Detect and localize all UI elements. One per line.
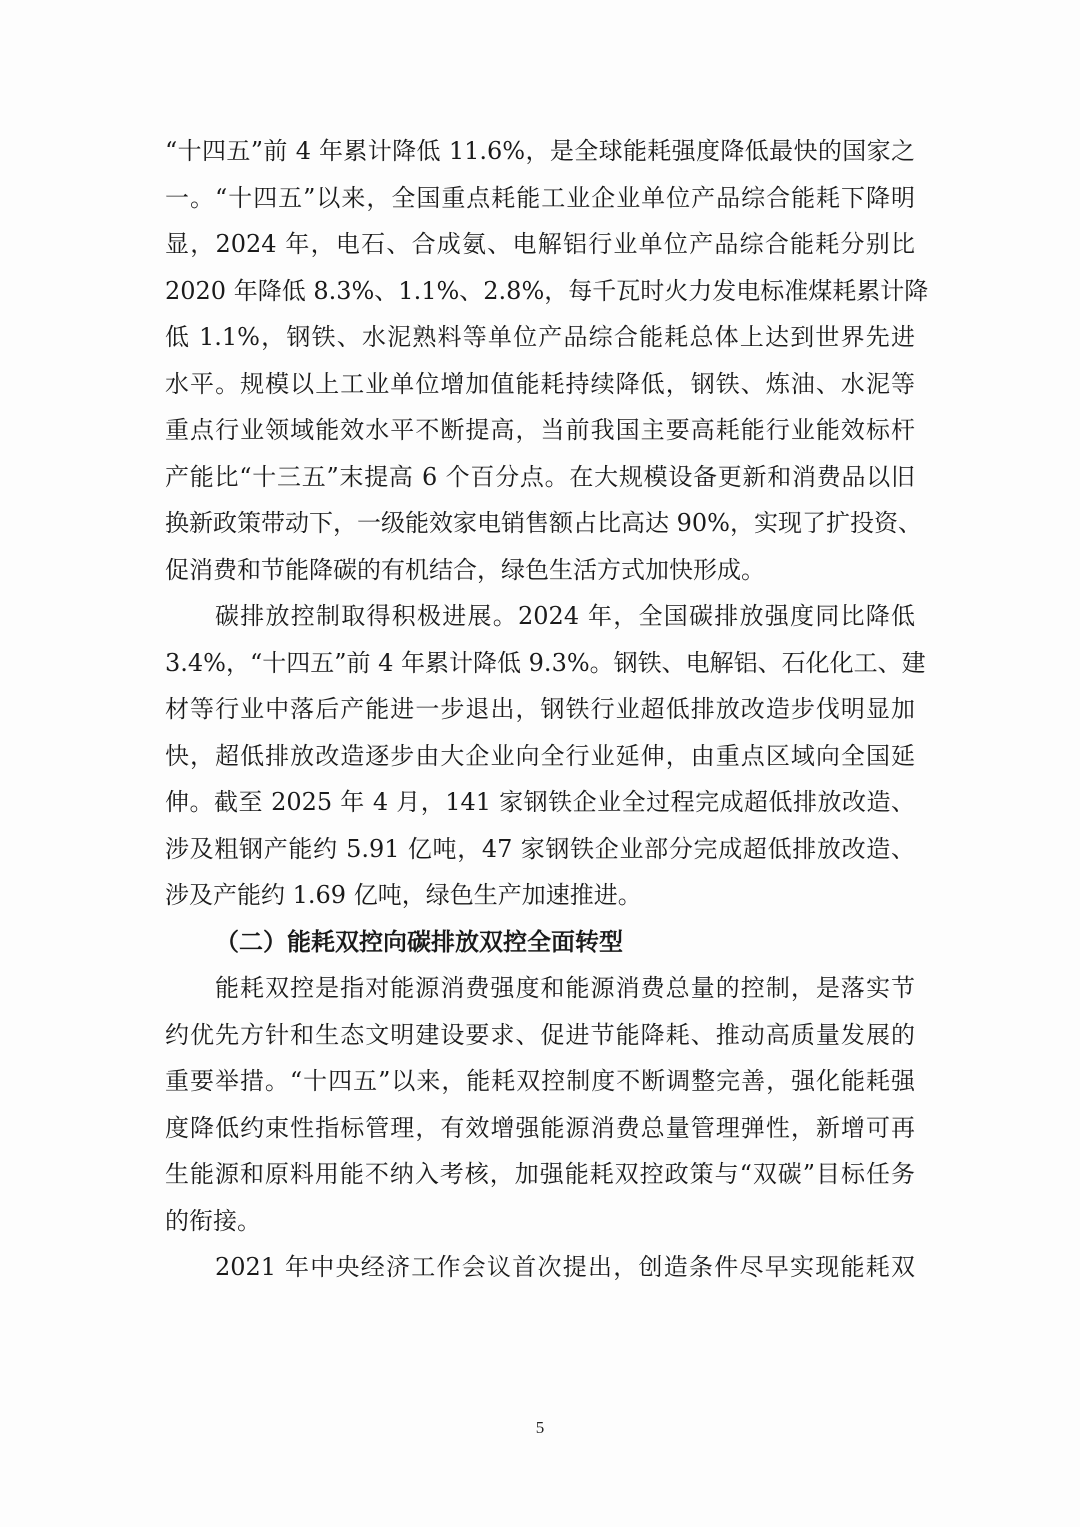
text-line: 低 1.1%，钢铁、水泥熟料等单位产品综合能耗总体上达到世界先进	[165, 314, 915, 361]
text-line: 重点行业领域能效水平不断提高，当前我国主要高耗能行业能效标杆	[165, 407, 915, 454]
text-line: 水平。规模以上工业单位增加值能耗持续降低，钢铁、炼油、水泥等	[165, 361, 915, 408]
text-line: 重要举措。“十四五”以来，能耗双控制度不断调整完善，强化能耗强	[165, 1058, 915, 1105]
text-line: 度降低约束性指标管理，有效增强能源消费总量管理弹性，新增可再	[165, 1105, 915, 1152]
text-line: 碳排放控制取得积极进展。2024 年，全国碳排放强度同比降低	[165, 593, 915, 640]
text-line: 伸。截至 2025 年 4 月，141 家钢铁企业全过程完成超低排放改造、	[165, 779, 915, 826]
text-line: 2020 年降低 8.3%、1.1%、2.8%，每千瓦时火力发电标准煤耗累计降	[165, 268, 915, 315]
text-line: 快，超低排放改造逐步由大企业向全行业延伸，由重点区域向全国延	[165, 733, 915, 780]
text-line: 3.4%，“十四五”前 4 年累计降低 9.3%。钢铁、电解铝、石化化工、建	[165, 640, 915, 687]
text-line: 2021 年中央经济工作会议首次提出，创造条件尽早实现能耗双	[165, 1244, 915, 1291]
text-line: 的衔接。	[165, 1198, 915, 1245]
paragraph-carbon-emission: 碳排放控制取得积极进展。2024 年，全国碳排放强度同比降低 3.4%，“十四五…	[165, 593, 915, 919]
paragraph-dual-control: 能耗双控是指对能源消费强度和能源消费总量的控制，是落实节 约优先方针和生态文明建…	[165, 965, 915, 1244]
text-line: “十四五”前 4 年累计降低 11.6%，是全球能耗强度降低最快的国家之	[165, 128, 915, 175]
page-number: 5	[0, 1418, 1080, 1438]
page-body: “十四五”前 4 年累计降低 11.6%，是全球能耗强度降低最快的国家之 一。“…	[165, 128, 915, 1291]
text-line: 一。“十四五”以来，全国重点耗能工业企业单位产品综合能耗下降明	[165, 175, 915, 222]
text-line: 约优先方针和生态文明建设要求、促进节能降耗、推动高质量发展的	[165, 1012, 915, 1059]
section-heading: （二）能耗双控向碳排放双控全面转型	[165, 919, 915, 966]
text-line: 换新政策带动下，一级能效家电销售额占比高达 90%，实现了扩投资、	[165, 500, 915, 547]
text-line: 能耗双控是指对能源消费强度和能源消费总量的控制，是落实节	[165, 965, 915, 1012]
paragraph-2021-conference: 2021 年中央经济工作会议首次提出，创造条件尽早实现能耗双	[165, 1244, 915, 1291]
text-line: 产能比“十三五”末提高 6 个百分点。在大规模设备更新和消费品以旧	[165, 454, 915, 501]
text-line: 促消费和节能降碳的有机结合，绿色生活方式加快形成。	[165, 547, 915, 594]
document-page: “十四五”前 4 年累计降低 11.6%，是全球能耗强度降低最快的国家之 一。“…	[0, 0, 1080, 1527]
text-line: 材等行业中落后产能进一步退出，钢铁行业超低排放改造步伐明显加	[165, 686, 915, 733]
paragraph-energy-intensity: “十四五”前 4 年累计降低 11.6%，是全球能耗强度降低最快的国家之 一。“…	[165, 128, 915, 593]
text-line: 显，2024 年，电石、合成氨、电解铝行业单位产品综合能耗分别比	[165, 221, 915, 268]
text-line: 涉及产能约 1.69 亿吨，绿色生产加速推进。	[165, 872, 915, 919]
text-line: 涉及粗钢产能约 5.91 亿吨，47 家钢铁企业部分完成超低排放改造、	[165, 826, 915, 873]
text-line: 生能源和原料用能不纳入考核，加强能耗双控政策与“双碳”目标任务	[165, 1151, 915, 1198]
